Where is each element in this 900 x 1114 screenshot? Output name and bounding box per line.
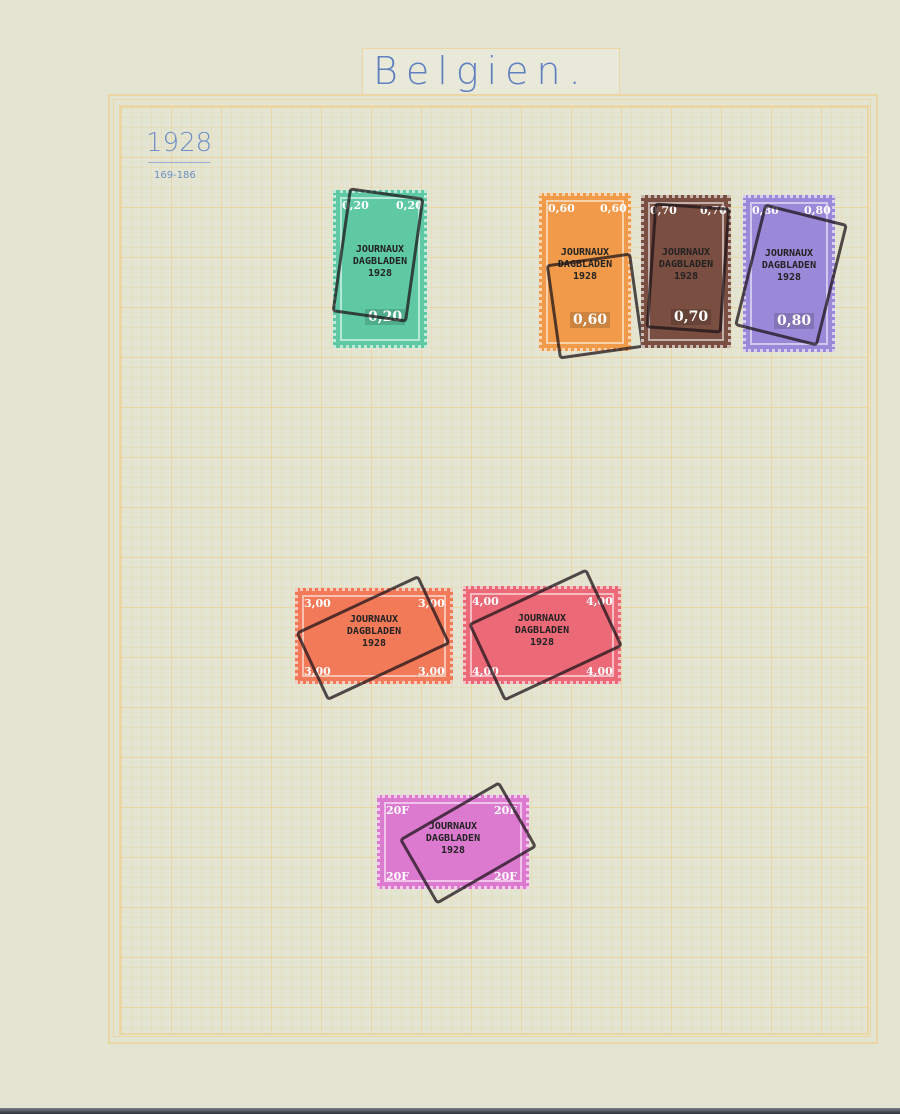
stamp-value: 3,00 bbox=[418, 665, 445, 678]
stamp-value: 0,60 bbox=[548, 202, 575, 215]
stamp-value: 4,00 bbox=[586, 665, 613, 678]
stamp-value: 20F bbox=[386, 804, 409, 817]
catalogue-range: 169-186 bbox=[154, 170, 196, 181]
stamp-value: 4,00 bbox=[472, 595, 499, 608]
stamp-value: 0,60 bbox=[600, 202, 627, 215]
year-note: 1928 bbox=[146, 128, 212, 158]
album-edge bbox=[0, 1108, 900, 1114]
stamp-value: 20F bbox=[386, 870, 409, 883]
country-title: Belgien. bbox=[373, 49, 589, 93]
country-label: Belgien. bbox=[362, 48, 620, 96]
postmark-cancel bbox=[646, 203, 731, 334]
year-underline bbox=[148, 162, 210, 163]
postmark-cancel bbox=[546, 252, 645, 359]
stamp-value: 20F bbox=[494, 870, 517, 883]
stamp-value: 3,00 bbox=[304, 597, 331, 610]
